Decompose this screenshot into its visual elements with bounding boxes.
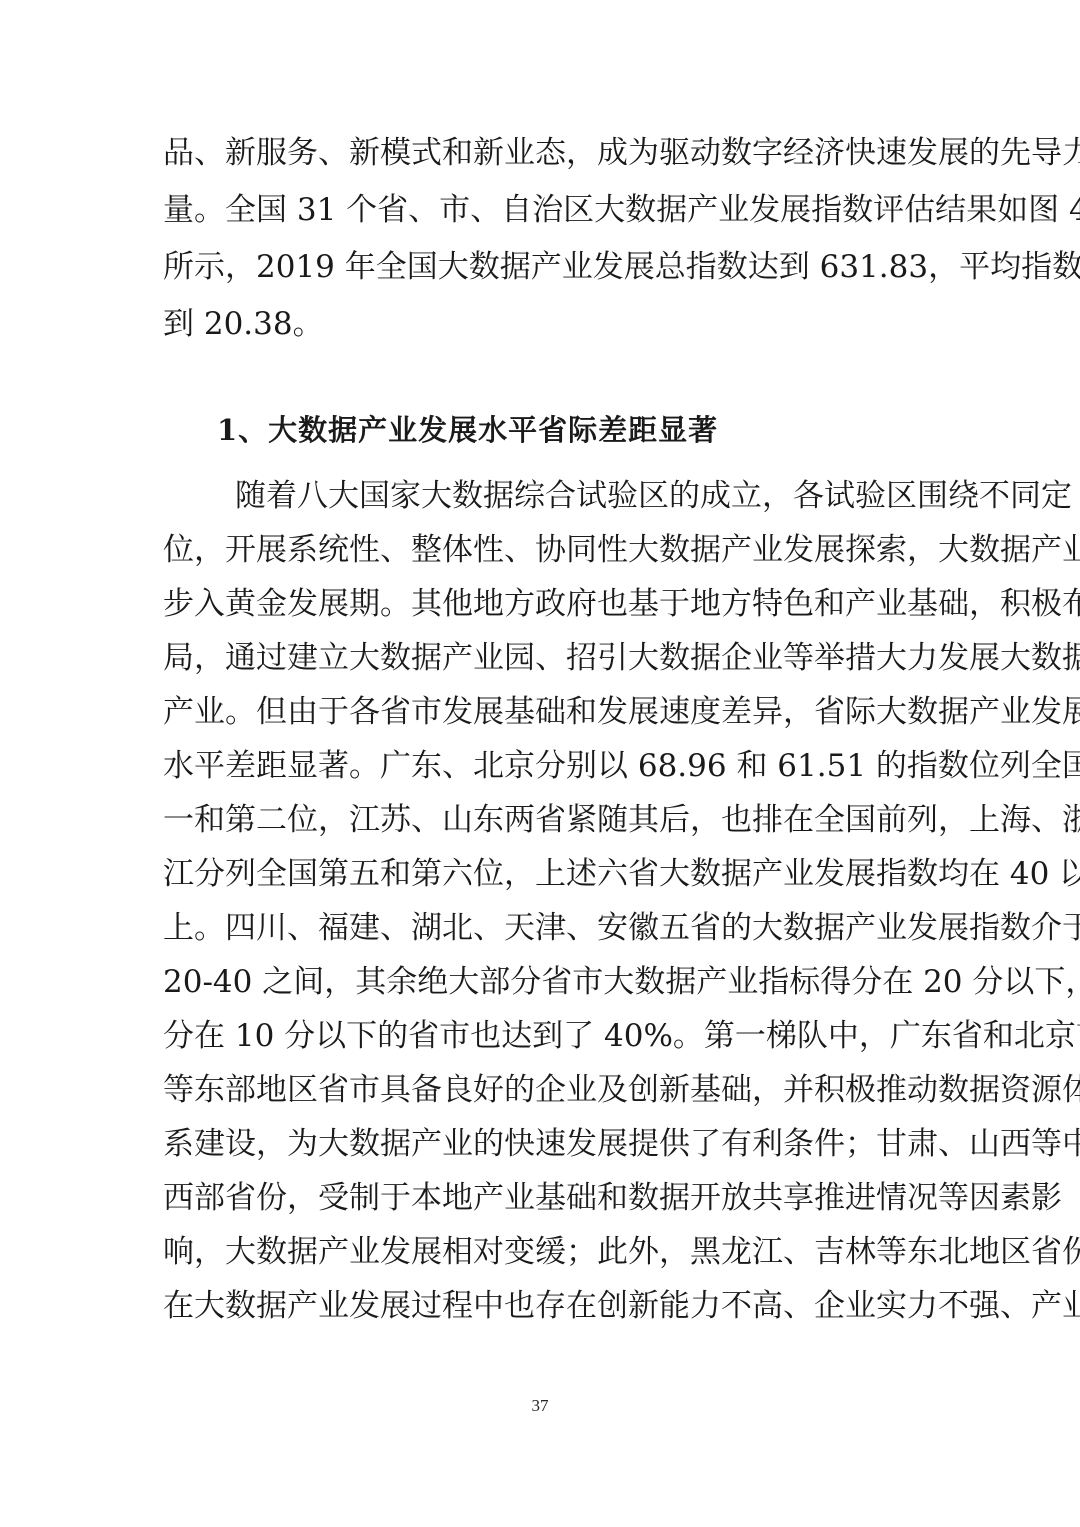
text-line: 系建设，为大数据产业的快速发展提供了有利条件；甘肃、山西等中 bbox=[163, 1124, 917, 1164]
text-line: 所示，2019 年全国大数据产业发展总指数达到 631.83，平均指数达 bbox=[163, 247, 917, 287]
section-heading: 1、大数据产业发展水平省际差距显著 bbox=[217, 410, 718, 450]
text-line: 水平差距显著。广东、北京分别以 68.96 和 61.51 的指数位列全国第 bbox=[163, 746, 917, 786]
text-line: 20-40 之间，其余绝大部分省市大数据产业指标得分在 20 分以下，得 bbox=[163, 962, 917, 1002]
text-line: 在大数据产业发展过程中也存在创新能力不高、企业实力不强、产业 bbox=[163, 1286, 917, 1326]
text-line: 局，通过建立大数据产业园、招引大数据企业等举措大力发展大数据 bbox=[163, 638, 917, 678]
text-line: 品、新服务、新模式和新业态，成为驱动数字经济快速发展的先导力 bbox=[163, 133, 917, 173]
text-line: 步入黄金发展期。其他地方政府也基于地方特色和产业基础，积极布 bbox=[163, 584, 917, 624]
page-number: 37 bbox=[0, 1396, 1080, 1416]
text-line: 位，开展系统性、整体性、协同性大数据产业发展探索，大数据产业 bbox=[163, 530, 917, 570]
text-line: 量。全国 31 个省、市、自治区大数据产业发展指数评估结果如图 4-1 bbox=[163, 190, 917, 230]
text-line: 到 20.38。 bbox=[163, 304, 917, 344]
text-line: 一和第二位，江苏、山东两省紧随其后，也排在全国前列，上海、浙 bbox=[163, 800, 917, 840]
text-line: 分在 10 分以下的省市也达到了 40%。第一梯队中，广东省和北京市 bbox=[163, 1016, 917, 1056]
text-line: 响，大数据产业发展相对变缓；此外，黑龙江、吉林等东北地区省份 bbox=[163, 1232, 917, 1272]
document-page: 品、新服务、新模式和新业态，成为驱动数字经济快速发展的先导力 量。全国 31 个… bbox=[0, 0, 1080, 1527]
text-line: 西部省份，受制于本地产业基础和数据开放共享推进情况等因素影 bbox=[163, 1178, 917, 1218]
text-line: 等东部地区省市具备良好的企业及创新基础，并积极推动数据资源体 bbox=[163, 1070, 917, 1110]
text-line: 随着八大国家大数据综合试验区的成立，各试验区围绕不同定 bbox=[235, 476, 917, 516]
text-line: 产业。但由于各省市发展基础和发展速度差异，省际大数据产业发展 bbox=[163, 692, 917, 732]
text-line: 江分列全国第五和第六位，上述六省大数据产业发展指数均在 40 以 bbox=[163, 854, 917, 894]
text-line: 上。四川、福建、湖北、天津、安徽五省的大数据产业发展指数介于 bbox=[163, 908, 917, 948]
